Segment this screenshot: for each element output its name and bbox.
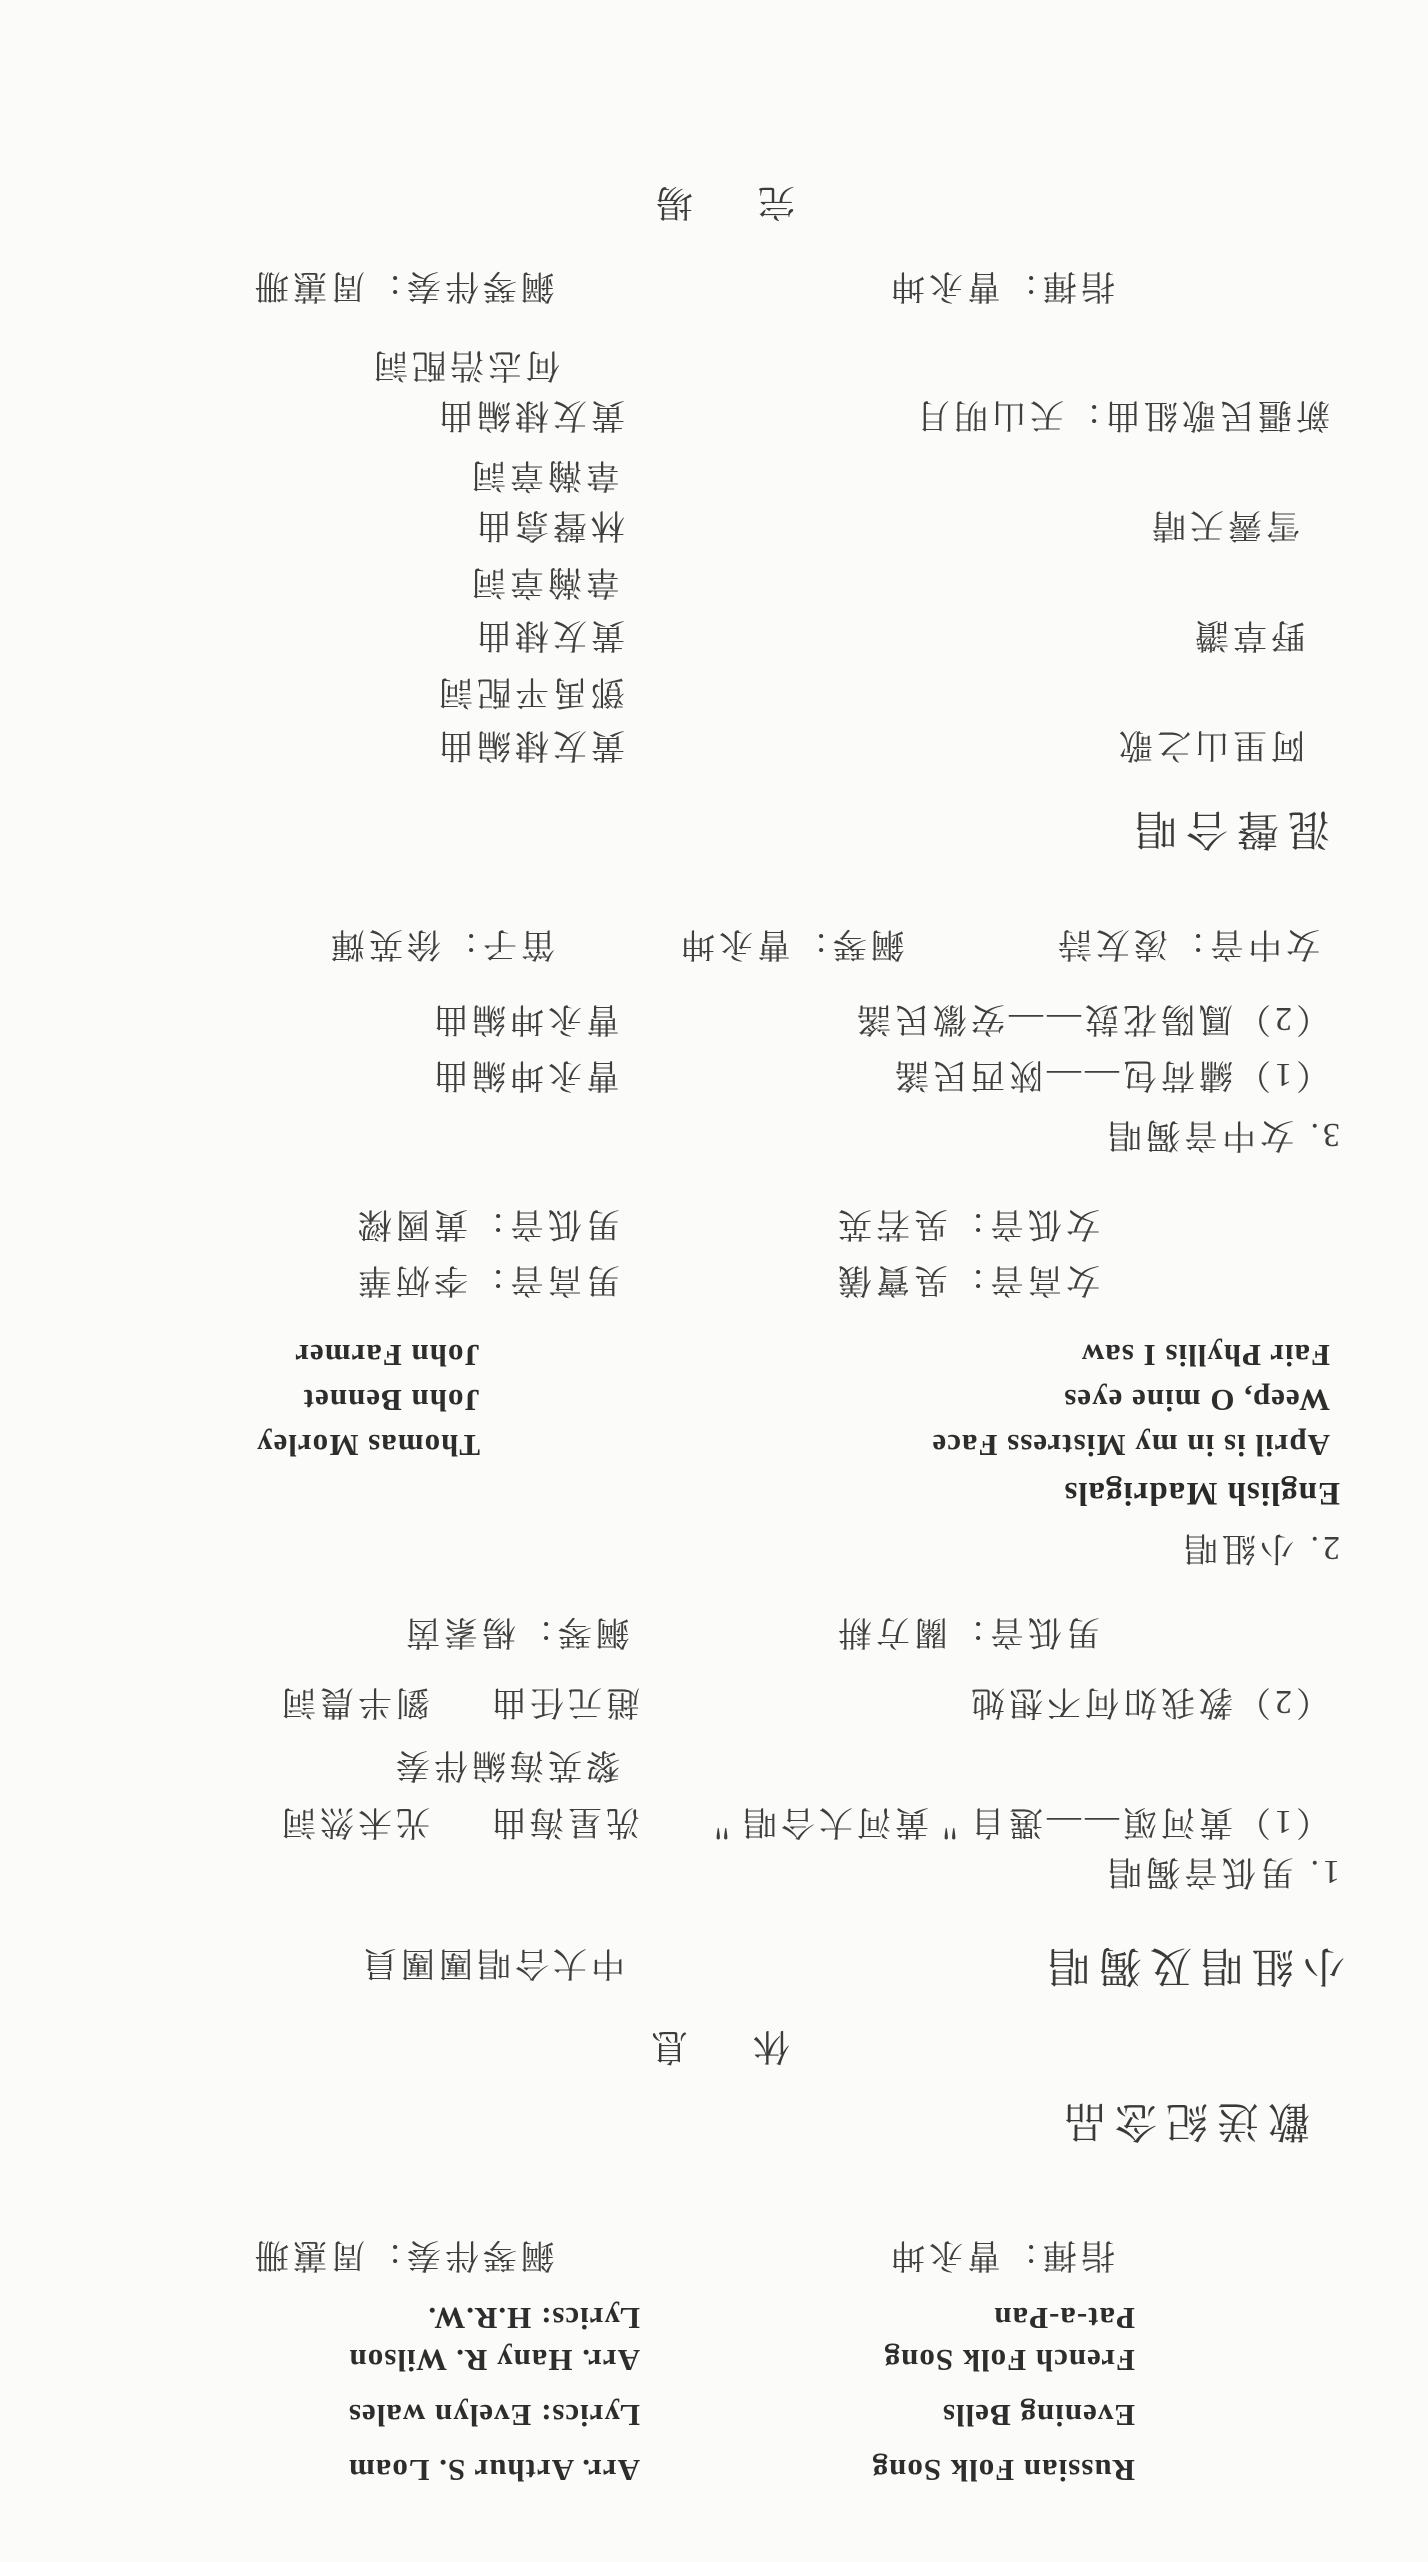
arranger-credit: 黎英海編伴奏 (392, 1744, 620, 1793)
farewell-souvenir-heading: 歡送紀念品 (1055, 2094, 1310, 2154)
item-number-mezzo-solo: 3. 女中音獨唱 (1104, 1114, 1340, 1163)
song-title: Evening Bells (942, 2397, 1135, 2433)
performer-soprano: 女高音：吳寶儀 (834, 1259, 1100, 1308)
song-title: 阿里山之歌 (1115, 724, 1305, 773)
arranger-credit: 曹永坤編曲 (430, 1054, 620, 1103)
madrigal-composer: John Farmer (294, 1337, 480, 1373)
madrigal-title: Weep, O mine eyes (1063, 1382, 1330, 1418)
lyricist-credit: 韋瀚章詞 (468, 454, 620, 503)
composer-credit: 黃友棣編曲 (435, 724, 625, 773)
song-title: Russian Folk Song (872, 2452, 1135, 2488)
intermission-label: 休 息 (637, 2023, 790, 2077)
song-title: 雪霽天晴 (1148, 504, 1300, 553)
performer-alto: 女低音：吳若英 (834, 1203, 1100, 1252)
madrigal-composer: John Bennet (303, 1382, 480, 1418)
lyricist-credit: 何志浩配詞 (370, 344, 560, 393)
upside-down-sheet: Russian Folk Song Arr. Arthur S. Loam Ev… (0, 0, 1428, 2562)
piano-accompanist-credit: 鋼琴伴奏：周蕙珊 (251, 2234, 555, 2283)
lyricist-credit: 劉半農詞 (278, 1681, 430, 1730)
song-title: （1）繡荷包——陝西民謠 (891, 1054, 1330, 1103)
madrigal-title: Fair Phyllis I saw (1081, 1337, 1330, 1373)
piano-accompanist-credit: 鋼琴伴奏：周蕙珊 (251, 265, 555, 314)
mixed-chorus-heading: 混聲合唱 (1126, 802, 1330, 862)
song-title: （2）鳳陽花鼓——安徽民謠 (853, 998, 1330, 1047)
composer-credit: 林聲翕曲 (473, 504, 625, 553)
song-credit: Lyrics: H.R.W. (427, 2300, 640, 2336)
lyricist-credit: 韋瀚章詞 (468, 561, 620, 610)
performer-bass: 男低音：關方耕 (834, 1611, 1100, 1660)
song-title: French Folk Song (884, 2342, 1135, 2378)
song-credit: Arr. Arthur S. Loam (348, 2452, 640, 2488)
item-number-bass-solo: 1. 男低音獨唱 (1104, 1851, 1340, 1900)
performer-bass: 男低音：黃國樑 (354, 1203, 620, 1252)
song-credit: Arr. Hany R. Wilson (349, 2342, 640, 2378)
song-title: （2）教我如何不想她 (967, 1681, 1330, 1730)
arranger-credit: 曹永坤編曲 (430, 998, 620, 1047)
song-title: （1）黃河頌——選自＂黃河大合唱＂ (701, 1801, 1330, 1850)
performer-flute: 笛子：徐英輝 (327, 923, 555, 972)
madrigal-title: April is in my Mistress Face (931, 1427, 1330, 1463)
performer-piano: 鋼琴：楊素茵 (402, 1611, 630, 1660)
song-credit: Lyrics: Evelyn wales (348, 2397, 640, 2433)
composer-credit: 黃友棣編曲 (435, 394, 625, 443)
madrigals-heading: English Madrigals (1064, 1474, 1340, 1511)
part2-heading: 小組唱及獨唱 (1039, 1939, 1345, 1999)
part2-performed-by: 中大合唱團團員 (359, 1942, 625, 1991)
performer-tenor: 男高音：李炳華 (354, 1259, 620, 1308)
lyricist-credit: 鄧禹平配詞 (435, 671, 625, 720)
composer-credit: 趙元任曲 (488, 1681, 640, 1730)
lyricist-credit: 光未然詞 (278, 1801, 430, 1850)
composer-credit: 黃友棣曲 (473, 614, 625, 663)
finale-heading: 完 場 (642, 179, 795, 233)
song-title: 新疆民歌組曲：天山明月 (912, 394, 1330, 443)
scanned-program-page: Russian Folk Song Arr. Arthur S. Loam Ev… (0, 0, 1428, 2562)
madrigal-composer: Thomas Morley (256, 1427, 480, 1463)
performer-mezzo: 女中音：凌友詩 (1054, 923, 1320, 972)
performer-piano: 鋼琴：曹永坤 (677, 923, 905, 972)
song-title: Pat-a-Pan (993, 2300, 1135, 2336)
composer-credit: 冼星海曲 (488, 1801, 640, 1850)
conductor-credit: 指揮：曹永坤 (887, 2234, 1115, 2283)
song-title: 野草讚 (1191, 614, 1305, 663)
conductor-credit: 指揮：曹永坤 (887, 265, 1115, 314)
item-number-ensemble: 2. 小組唱 (1180, 1527, 1340, 1576)
